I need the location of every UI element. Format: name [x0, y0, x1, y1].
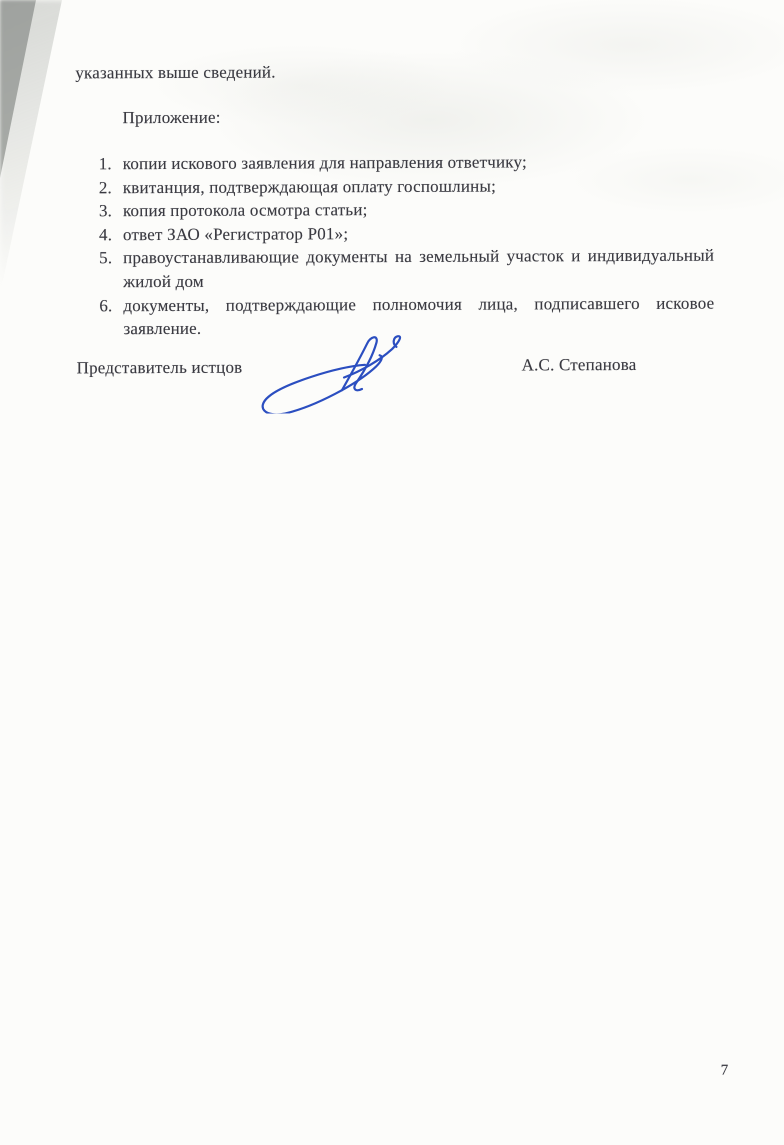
list-item-number: 5. — [99, 247, 123, 294]
list-item-text: правоустанавливающие документы на земель… — [123, 244, 714, 270]
intro-text: указанных выше сведений. — [75, 63, 275, 84]
appendix-heading: Приложение: — [122, 108, 220, 128]
list-item: 1. копии искового заявления для направле… — [99, 150, 714, 176]
list-item-text: ответ ЗАО «Регистратор Р01»; — [123, 220, 714, 246]
signature-ink — [251, 329, 419, 414]
list-item: 4. ответ ЗАО «Регистратор Р01»; — [99, 220, 714, 246]
signatory-name: А.С. Степанова — [522, 355, 637, 376]
list-item: 2. квитанция, подтверждающая оплату госп… — [99, 173, 714, 199]
list-item-text: копия протокола осмотра статьи; — [123, 197, 714, 223]
list-item: 5. правоустанавливающие документы на зем… — [99, 244, 714, 294]
list-item-number: 4. — [99, 223, 123, 247]
document-content: указанных выше сведений. Приложение: 1. … — [0, 0, 784, 1145]
list-item-number: 3. — [99, 199, 123, 223]
list-item-number: 6. — [99, 294, 123, 341]
list-item-text: жилой дом — [123, 268, 714, 294]
list-item-number: 1. — [99, 152, 123, 176]
list-item-number: 2. — [99, 176, 123, 200]
signature-ink-strokes — [262, 336, 400, 413]
signatory-role-label: Представитель истцов — [77, 358, 243, 379]
list-item-text: копии искового заявления для направления… — [123, 150, 714, 176]
page-number: 7 — [721, 1063, 729, 1080]
list-item-text: квитанция, подтверждающая оплату госпошл… — [123, 173, 714, 199]
list-item: 3. копия протокола осмотра статьи; — [99, 197, 714, 223]
attachments-list: 1. копии искового заявления для направле… — [99, 150, 715, 341]
list-item-text: документы, подтверждающие полномочия лиц… — [123, 291, 714, 317]
scanned-page: указанных выше сведений. Приложение: 1. … — [0, 0, 784, 1145]
